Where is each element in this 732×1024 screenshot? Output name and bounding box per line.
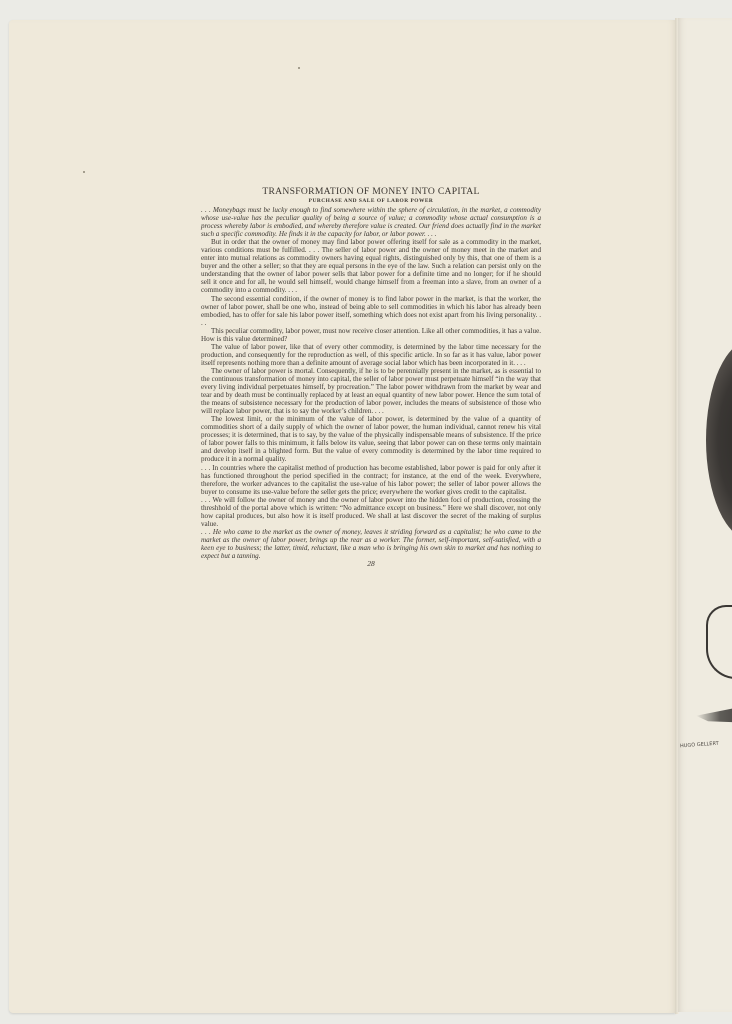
paragraph: But in order that the owner of money may… bbox=[201, 238, 541, 294]
paragraph: . . . Moneybags must be lucky enough to … bbox=[201, 206, 541, 238]
paragraph: The second essential condition, if the o… bbox=[201, 295, 541, 327]
paragraph: The owner of labor power is mortal. Cons… bbox=[201, 367, 541, 415]
paragraph: . . . In countries where the capitalist … bbox=[201, 464, 541, 496]
article-text: TRANSFORMATION OF MONEY INTO CAPITAL PUR… bbox=[201, 186, 541, 568]
paragraph: This peculiar commodity, labor power, mu… bbox=[201, 327, 541, 343]
paragraph: The value of labor power, like that of e… bbox=[201, 343, 541, 367]
paragraph: . . . He who came to the market as the o… bbox=[201, 528, 541, 560]
illustration-ground bbox=[696, 705, 732, 723]
illustration-fragment bbox=[696, 330, 732, 780]
paragraph: The lowest limit, or the minimum of the … bbox=[201, 415, 541, 463]
article-subtitle: PURCHASE AND SALE OF LABOR POWER bbox=[201, 197, 541, 205]
paper-speck bbox=[83, 171, 85, 173]
illustration-loop bbox=[706, 605, 732, 679]
article-title: TRANSFORMATION OF MONEY INTO CAPITAL bbox=[201, 186, 541, 197]
paper-speck bbox=[298, 67, 300, 69]
paragraph: . . . We will follow the owner of money … bbox=[201, 496, 541, 528]
page-number: 28 bbox=[201, 560, 541, 568]
illustration-dark-figure bbox=[706, 340, 732, 540]
